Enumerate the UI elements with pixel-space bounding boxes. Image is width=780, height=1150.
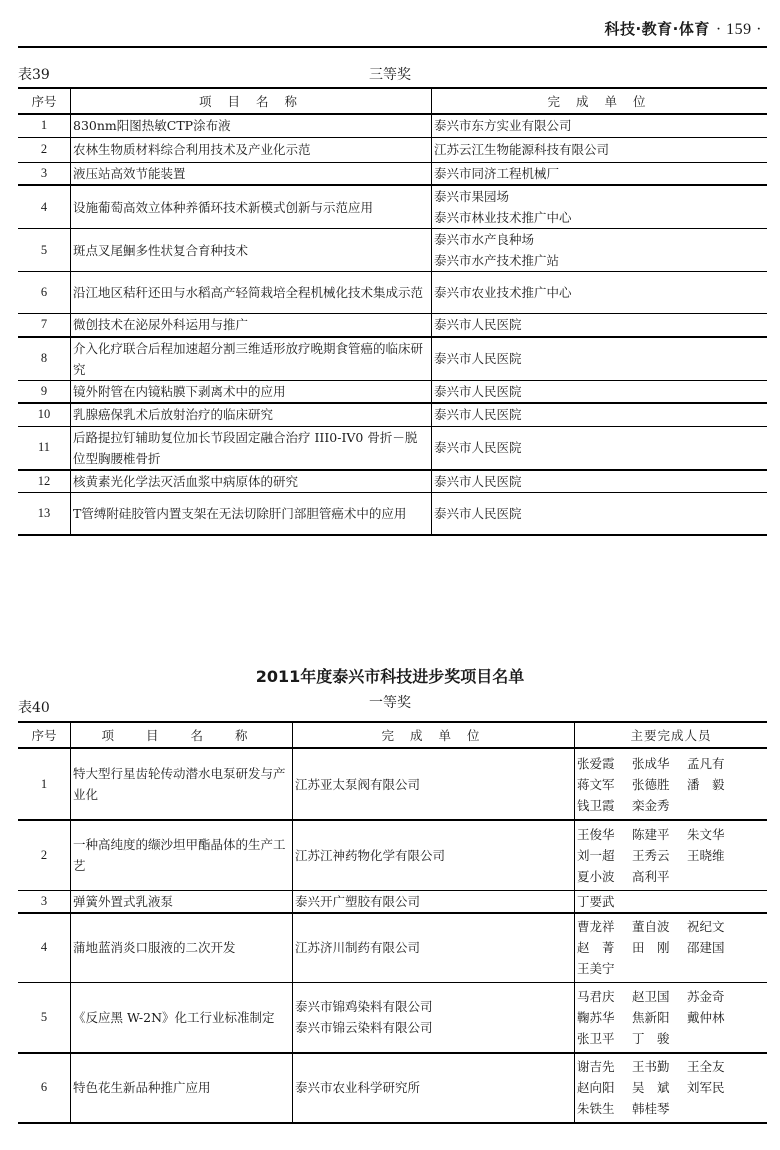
row-number: 12: [18, 470, 71, 493]
person-name: 马君庆: [577, 986, 632, 1007]
person-name: 蒋文军: [577, 774, 632, 795]
unit-name: 泰兴市人民医院: [434, 503, 765, 524]
person-name: 刘一超: [577, 845, 632, 866]
unit-name: 泰兴市同济工程机械厂: [434, 163, 765, 184]
col-header-no: 序号: [18, 722, 71, 748]
person-name: 张爱霞: [577, 753, 632, 774]
project-name: 蒲地蓝消炎口服液的二次开发: [71, 913, 293, 983]
person-name: 焦新阳: [632, 1007, 687, 1028]
row-number: 6: [18, 272, 71, 314]
section-name: 科技·教育·体育: [604, 20, 709, 38]
main-contributors: 谢吉先王书勤王全友赵向阳吴 斌刘军民朱铁生韩桂琴: [575, 1053, 768, 1123]
table-row: 3 液压站高效节能装置 泰兴市同济工程机械厂: [18, 162, 767, 185]
table-row: 5 斑点叉尾鮰多性状复合育种技术 泰兴市水产良种场泰兴市水产技术推广站: [18, 229, 767, 272]
person-name: 朱铁生: [577, 1098, 632, 1119]
page-number: · 159 ·: [716, 21, 762, 38]
person-name: 朱文华: [687, 824, 742, 845]
person-name: 刘军民: [687, 1077, 742, 1098]
row-number: 6: [18, 1053, 71, 1123]
unit-name: 江苏济川制药有限公司: [295, 937, 572, 958]
table-40-title: 一等奖: [0, 692, 780, 712]
row-number: 7: [18, 314, 71, 337]
person-name: 王秀云: [632, 845, 687, 866]
person-name: 祝纪文: [687, 916, 742, 937]
project-name: 沿江地区秸秆还田与水稻高产轻简栽培全程机械化技术集成示范: [71, 272, 432, 314]
unit-name: 江苏亚太泵阀有限公司: [295, 774, 572, 795]
row-number: 1: [18, 114, 71, 137]
row-number: 13: [18, 493, 71, 535]
table-row: 11 后路提拉钉辅助复位加长节段固定融合治疗 III0-IV0 骨折－脱位型胸腰…: [18, 426, 767, 470]
person-name: 陈建平: [632, 824, 687, 845]
project-name: 农林生物质材料综合利用技术及产业化示范: [71, 137, 432, 162]
project-name: 液压站高效节能装置: [71, 162, 432, 185]
unit-name: 泰兴市人民医院: [434, 348, 765, 369]
table-39-title: 三等奖: [0, 64, 780, 84]
project-name: 核黄素光化学法灭活血浆中病原体的研究: [71, 470, 432, 493]
person-name: 王晓维: [687, 845, 742, 866]
table-row: 13 T管缚附硅胶管内置支架在无法切除肝门部胆管癌术中的应用 泰兴市人民医院: [18, 493, 767, 535]
table-row: 2 一种高纯度的缬沙坦甲酯晶体的生产工艺 江苏江神药物化学有限公司 王俊华陈建平…: [18, 820, 767, 890]
main-contributors: 丁要武: [575, 890, 768, 913]
table-row: 2 农林生物质材料综合利用技术及产业化示范 江苏云江生物能源科技有限公司: [18, 137, 767, 162]
row-number: 8: [18, 337, 71, 381]
table-40: 序号 项 目 名 称 完 成 单 位 主要完成人员 1 特大型行星齿轮传动潜水电…: [18, 721, 767, 1124]
unit-name: 泰兴市人民医院: [434, 437, 765, 458]
completion-unit: 江苏亚太泵阀有限公司: [293, 748, 575, 820]
table-row: 12 核黄素光化学法灭活血浆中病原体的研究 泰兴市人民医院: [18, 470, 767, 493]
person-name: 鞠苏华: [577, 1007, 632, 1028]
completion-unit: 泰兴市农业科学研究所: [293, 1053, 575, 1123]
completion-unit: 泰兴市农业技术推广中心: [432, 272, 768, 314]
main-contributors: 马君庆赵卫国苏金奇鞠苏华焦新阳戴仲林张卫平丁 骏: [575, 983, 768, 1053]
project-name: 设施葡萄高效立体种养循环技术新模式创新与示范应用: [71, 185, 432, 229]
project-name: 乳腺癌保乳术后放射治疗的临床研究: [71, 403, 432, 426]
table-row: 1 特大型行星齿轮传动潜水电泵研发与产业化 江苏亚太泵阀有限公司 张爱霞张成华孟…: [18, 748, 767, 820]
completion-unit: 泰兴市人民医院: [432, 426, 768, 470]
col-header-no: 序号: [18, 88, 71, 114]
unit-name: 泰兴市人民医院: [434, 471, 765, 492]
unit-name: 江苏江神药物化学有限公司: [295, 845, 572, 866]
document-title: 2011年度泰兴市科技进步奖项目名单: [0, 664, 780, 687]
person-name: 赵向阳: [577, 1077, 632, 1098]
project-name: T管缚附硅胶管内置支架在无法切除肝门部胆管癌术中的应用: [71, 493, 432, 535]
project-name: 微创技术在泌尿外科运用与推广: [71, 314, 432, 337]
row-number: 3: [18, 162, 71, 185]
completion-unit: 泰兴市人民医院: [432, 403, 768, 426]
table-row: 4 蒲地蓝消炎口服液的二次开发 江苏济川制药有限公司 曹龙祥董自波祝纪文赵 菁田…: [18, 913, 767, 983]
person-name: 王全友: [687, 1056, 742, 1077]
table-39: 序号 项 目 名 称 完 成 单 位 1 830nm阳图热敏CTP涂布液 泰兴市…: [18, 87, 767, 536]
unit-name: 泰兴市水产良种场: [434, 229, 765, 250]
person-name: 王俊华: [577, 824, 632, 845]
project-name: 《反应黑 W-2N》化工行业标准制定: [71, 983, 293, 1053]
project-name: 特大型行星齿轮传动潜水电泵研发与产业化: [71, 748, 293, 820]
row-number: 11: [18, 426, 71, 470]
project-name: 镜外附管在内镜粘膜下剥离术中的应用: [71, 380, 432, 403]
col-header-unit: 完 成 单 位: [432, 88, 768, 114]
person-name: 王书勤: [632, 1056, 687, 1077]
person-name: 王美宁: [577, 958, 632, 979]
person-name: 曹龙祥: [577, 916, 632, 937]
col-header-people: 主要完成人员: [575, 722, 768, 748]
row-number: 5: [18, 229, 71, 272]
unit-name: 泰兴市东方实业有限公司: [434, 115, 765, 136]
person-name: 赵卫国: [632, 986, 687, 1007]
col-header-project: 项 目 名 称: [71, 88, 432, 114]
completion-unit: 泰兴市人民医院: [432, 314, 768, 337]
table-row: 6 特色花生新品种推广应用 泰兴市农业科学研究所 谢吉先王书勤王全友赵向阳吴 斌…: [18, 1053, 767, 1123]
row-number: 5: [18, 983, 71, 1053]
table-row: 9 镜外附管在内镜粘膜下剥离术中的应用 泰兴市人民医院: [18, 380, 767, 403]
person-name: 邵建国: [687, 937, 742, 958]
project-name: 830nm阳图热敏CTP涂布液: [71, 114, 432, 137]
person-name: 吴 斌: [632, 1077, 687, 1098]
unit-name: 泰兴市人民医院: [434, 314, 765, 335]
completion-unit: 泰兴市同济工程机械厂: [432, 162, 768, 185]
table-row: 1 830nm阳图热敏CTP涂布液 泰兴市东方实业有限公司: [18, 114, 767, 137]
unit-name: 泰兴市人民医院: [434, 381, 765, 402]
person-name: 钱卫霞: [577, 795, 632, 816]
col-header-unit: 完 成 单 位: [293, 722, 575, 748]
completion-unit: 泰兴市人民医院: [432, 380, 768, 403]
header-rule: [18, 46, 767, 48]
main-contributors: 王俊华陈建平朱文华刘一超王秀云王晓维夏小波高利平: [575, 820, 768, 890]
completion-unit: 泰兴市水产良种场泰兴市水产技术推广站: [432, 229, 768, 272]
table-row: 4 设施葡萄高效立体种养循环技术新模式创新与示范应用 泰兴市果园场泰兴市林业技术…: [18, 185, 767, 229]
row-number: 10: [18, 403, 71, 426]
row-number: 9: [18, 380, 71, 403]
unit-name: 泰兴市农业技术推广中心: [434, 282, 765, 303]
person-name: 夏小波: [577, 866, 632, 887]
unit-name: 江苏云江生物能源科技有限公司: [434, 139, 765, 160]
completion-unit: 江苏云江生物能源科技有限公司: [432, 137, 768, 162]
completion-unit: 江苏济川制药有限公司: [293, 913, 575, 983]
person-name: 谢吉先: [577, 1056, 632, 1077]
unit-name: 泰兴市锦云染料有限公司: [295, 1017, 572, 1038]
person-name: 张德胜: [632, 774, 687, 795]
table-row: 5 《反应黑 W-2N》化工行业标准制定 泰兴市锦鸡染料有限公司泰兴市锦云染料有…: [18, 983, 767, 1053]
unit-name: 泰兴市水产技术推广站: [434, 250, 765, 271]
completion-unit: 泰兴市果园场泰兴市林业技术推广中心: [432, 185, 768, 229]
completion-unit: 泰兴市人民医院: [432, 493, 768, 535]
project-name: 一种高纯度的缬沙坦甲酯晶体的生产工艺: [71, 820, 293, 890]
project-name: 弹簧外置式乳液泵: [71, 890, 293, 913]
unit-name: 泰兴市林业技术推广中心: [434, 207, 765, 228]
running-header: 科技·教育·体育· 159 ·: [604, 18, 762, 39]
person-name: 赵 菁: [577, 937, 632, 958]
main-contributors: 曹龙祥董自波祝纪文赵 菁田 刚邵建国王美宁: [575, 913, 768, 983]
person-name: 丁 骏: [632, 1028, 687, 1049]
person-name: 潘 毅: [687, 774, 742, 795]
person-name: 田 刚: [632, 937, 687, 958]
table-row: 6 沿江地区秸秆还田与水稻高产轻简栽培全程机械化技术集成示范 泰兴市农业技术推广…: [18, 272, 767, 314]
completion-unit: 江苏江神药物化学有限公司: [293, 820, 575, 890]
row-number: 3: [18, 890, 71, 913]
unit-name: 泰兴市人民医院: [434, 404, 765, 425]
row-number: 4: [18, 913, 71, 983]
table-row: 7 微创技术在泌尿外科运用与推广 泰兴市人民医院: [18, 314, 767, 337]
person-name: 张卫平: [577, 1028, 632, 1049]
person-name: 苏金奇: [687, 986, 742, 1007]
person-name: 孟凡有: [687, 753, 742, 774]
main-contributors: 张爱霞张成华孟凡有蒋文军张德胜潘 毅钱卫霞栾金秀: [575, 748, 768, 820]
table-row: 3 弹簧外置式乳液泵 泰兴开广塑胶有限公司 丁要武: [18, 890, 767, 913]
project-name: 斑点叉尾鮰多性状复合育种技术: [71, 229, 432, 272]
person-name: 丁要武: [577, 891, 632, 912]
person-name: 戴仲林: [687, 1007, 742, 1028]
person-name: 栾金秀: [632, 795, 687, 816]
completion-unit: 泰兴市锦鸡染料有限公司泰兴市锦云染料有限公司: [293, 983, 575, 1053]
col-header-project: 项 目 名 称: [71, 722, 293, 748]
unit-name: 泰兴市农业科学研究所: [295, 1077, 572, 1098]
person-name: 张成华: [632, 753, 687, 774]
row-number: 2: [18, 137, 71, 162]
row-number: 4: [18, 185, 71, 229]
project-name: 后路提拉钉辅助复位加长节段固定融合治疗 III0-IV0 骨折－脱位型胸腰椎骨折: [71, 426, 432, 470]
completion-unit: 泰兴市东方实业有限公司: [432, 114, 768, 137]
row-number: 1: [18, 748, 71, 820]
completion-unit: 泰兴市人民医院: [432, 470, 768, 493]
unit-name: 泰兴市果园场: [434, 186, 765, 207]
project-name: 介入化疗联合后程加速超分割三维适形放疗晚期食管癌的临床研究: [71, 337, 432, 381]
project-name: 特色花生新品种推广应用: [71, 1053, 293, 1123]
person-name: 高利平: [632, 866, 687, 887]
unit-name: 泰兴开广塑胶有限公司: [295, 891, 572, 912]
table-row: 10 乳腺癌保乳术后放射治疗的临床研究 泰兴市人民医院: [18, 403, 767, 426]
person-name: 韩桂琴: [632, 1098, 687, 1119]
completion-unit: 泰兴市人民医院: [432, 337, 768, 381]
person-name: 董自波: [632, 916, 687, 937]
row-number: 2: [18, 820, 71, 890]
table-row: 8 介入化疗联合后程加速超分割三维适形放疗晚期食管癌的临床研究 泰兴市人民医院: [18, 337, 767, 381]
completion-unit: 泰兴开广塑胶有限公司: [293, 890, 575, 913]
unit-name: 泰兴市锦鸡染料有限公司: [295, 996, 572, 1017]
